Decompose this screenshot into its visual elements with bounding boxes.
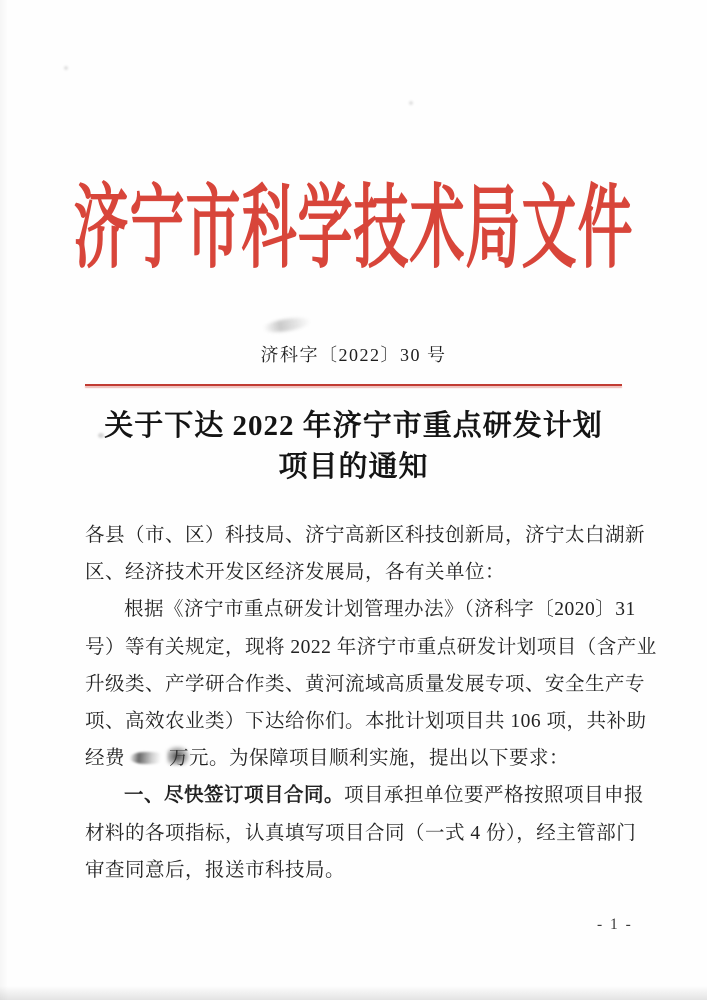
body-line: 材料的各项指标，认真填写项目合同（一式 4 份），经主管部门: [85, 815, 625, 852]
body-line-text: 材料的各项指标，认真填写项目合同（一式 4 份），经主管部门: [85, 823, 636, 844]
body-line-text: 项、高效农业类）下达给你们。本批计划项目共 106 项，共补助: [85, 711, 647, 732]
body-line-text: 审查同意后，报送市科技局。: [85, 860, 345, 881]
body-line: 升级类、产学研合作类、黄河流域高质量发展专项、安全生产专: [85, 666, 625, 703]
body-line-text: 项目承担单位要严格按照项目申报: [344, 785, 644, 806]
scan-speck: [64, 66, 68, 70]
body-line: 各县（市、区）科技局、济宁高新区科技创新局，济宁太白湖新: [85, 517, 625, 554]
red-divider-line: [85, 384, 622, 386]
letterhead-agency-title: 济宁市科学技术局文件: [0, 183, 707, 274]
body-line-emphasis: 一、尽快签订项目合同。: [124, 785, 344, 806]
body-line: 号）等有关规定，现将 2022 年济宁市重点研发计划项目（含产业: [85, 629, 625, 666]
scan-edge-shadow: [0, 986, 707, 1000]
scanned-document-page: 济宁市科学技术局文件 济科字〔2022〕30 号 关于下达 2022 年济宁市重…: [0, 0, 707, 1000]
scan-smudge: [262, 315, 311, 334]
document-title-line1: 关于下达 2022 年济宁市重点研发计划: [104, 410, 603, 442]
body-line: 区、经济技术开发区经济发展局，各有关单位：: [85, 554, 625, 591]
body-line: 一、尽快签订项目合同。项目承担单位要严格按照项目申报: [85, 777, 625, 814]
body-line: 项、高效农业类）下达给你们。本批计划项目共 106 项，共补助: [85, 703, 625, 740]
document-title-line2: 项目的通知: [278, 451, 428, 483]
redacted-amount-smudge: [130, 752, 166, 764]
document-reference-number: 济科字〔2022〕30 号: [0, 341, 707, 367]
body-line: 经费万元。为保障项目顺利实施，提出以下要求：: [85, 740, 625, 777]
body-line: 审查同意后，报送市科技局。: [85, 852, 625, 889]
body-line-text: 根据《济宁市重点研发计划管理办法》（济科字〔2020〕31: [124, 599, 636, 620]
body-line-text: 经费: [85, 748, 125, 769]
page-number: - 1 -: [597, 916, 633, 934]
body-line-text: 万元。为保障项目顺利实施，提出以下要求：: [169, 748, 569, 769]
body-line-text: 号）等有关规定，现将 2022 年济宁市重点研发计划项目（含产业: [85, 637, 657, 658]
scan-edge-shadow: [0, 0, 8, 1000]
body-line-text: 升级类、产学研合作类、黄河流域高质量发展专项、安全生产专: [85, 674, 645, 695]
body-line: 根据《济宁市重点研发计划管理办法》（济科字〔2020〕31: [85, 591, 625, 628]
body-line-text: 区、经济技术开发区经济发展局，各有关单位：: [85, 562, 505, 583]
scan-speck: [409, 101, 413, 105]
body-line-text: 各县（市、区）科技局、济宁高新区科技创新局，济宁太白湖新: [85, 525, 645, 546]
document-title: 关于下达 2022 年济宁市重点研发计划项目的通知: [0, 406, 707, 488]
document-body: 各县（市、区）科技局、济宁高新区科技创新局，济宁太白湖新区、经济技术开发区经济发…: [85, 517, 625, 889]
